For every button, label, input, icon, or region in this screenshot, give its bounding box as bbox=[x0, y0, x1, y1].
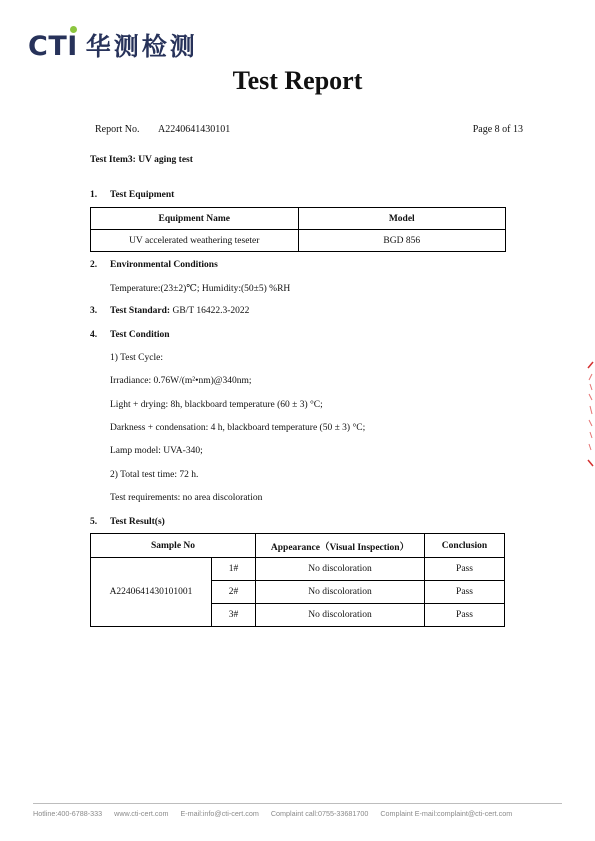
seal-stamp-icon bbox=[585, 360, 595, 470]
specimen-id-cell: 2# bbox=[212, 581, 256, 604]
conclusion-header: Conclusion bbox=[425, 534, 505, 558]
test-item-title: Test Item3: UV aging test bbox=[90, 155, 193, 165]
equipment-table: Equipment Name Model UV accelerated weat… bbox=[90, 207, 506, 252]
section-standard-heading: 3.Test Standard: GB/T 16422.3-2022 bbox=[90, 306, 249, 316]
specimen-id-cell: 1# bbox=[212, 558, 256, 581]
specimen-id-cell: 3# bbox=[212, 604, 256, 627]
section-equipment-heading: 1.Test Equipment bbox=[90, 190, 174, 200]
report-number: A2240641430101 bbox=[158, 124, 230, 135]
condition-line: Lamp model: UVA-340; bbox=[110, 446, 203, 456]
condition-line: Irradiance: 0.76W/(m²•nm)@340nm; bbox=[110, 376, 252, 386]
results-table: Sample No Appearance（Visual Inspection） … bbox=[90, 533, 505, 627]
footer-website[interactable]: www.cti-cert.com bbox=[114, 809, 168, 818]
section-results-heading: 5.Test Result(s) bbox=[90, 517, 165, 527]
footer-complaint-email[interactable]: Complaint E-mail:complaint@cti-cert.com bbox=[380, 809, 512, 818]
footer-complaint-call: Complaint call:0755-33681700 bbox=[271, 809, 369, 818]
sample-number-cell: A2240641430101001 bbox=[91, 558, 212, 627]
report-number-label: Report No. bbox=[95, 124, 158, 135]
conclusion-cell: Pass bbox=[425, 558, 505, 581]
appearance-cell: No discoloration bbox=[256, 581, 425, 604]
condition-line: 2) Total test time: 72 h. bbox=[110, 470, 198, 480]
logo-brand: CTI bbox=[28, 32, 78, 62]
appearance-cell: No discoloration bbox=[256, 558, 425, 581]
condition-line: Darkness + condensation: 4 h, blackboard… bbox=[110, 423, 365, 433]
footer-divider bbox=[33, 803, 562, 804]
environment-conditions-text: Temperature:(23±2)℃; Humidity:(50±5) %RH bbox=[110, 283, 290, 294]
model-cell: BGD 856 bbox=[298, 230, 506, 252]
logo-chinese-name: 华测检测 bbox=[86, 32, 198, 62]
report-header: Report No. A2240641430101 Page 8 of 13 bbox=[95, 124, 523, 135]
table-row: A2240641430101001 1# No discoloration Pa… bbox=[91, 558, 505, 581]
condition-line: 1) Test Cycle: bbox=[110, 353, 163, 363]
condition-line: Light + drying: 8h, blackboard temperatu… bbox=[110, 400, 323, 410]
logo-dot-icon bbox=[70, 26, 77, 33]
company-logo: CTI 华测检测 bbox=[28, 26, 198, 62]
section-condition-heading: 4.Test Condition bbox=[90, 330, 170, 340]
equipment-name-header: Equipment Name bbox=[91, 208, 299, 230]
table-row: UV accelerated weathering teseter BGD 85… bbox=[91, 230, 506, 252]
section-environment-heading: 2.Environmental Conditions bbox=[90, 260, 218, 270]
appearance-cell: No discoloration bbox=[256, 604, 425, 627]
footer: Hotline:400-6788-333 www.cti-cert.com E-… bbox=[33, 809, 565, 818]
page-number: Page 8 of 13 bbox=[473, 124, 523, 135]
conclusion-cell: Pass bbox=[425, 581, 505, 604]
document-title: Test Report bbox=[0, 66, 595, 96]
footer-hotline: Hotline:400-6788-333 bbox=[33, 809, 102, 818]
equipment-name-cell: UV accelerated weathering teseter bbox=[91, 230, 299, 252]
conclusion-cell: Pass bbox=[425, 604, 505, 627]
condition-line: Test requirements: no area discoloration bbox=[110, 493, 262, 503]
appearance-header: Appearance（Visual Inspection） bbox=[256, 534, 425, 558]
footer-email[interactable]: E-mail:info@cti-cert.com bbox=[180, 809, 258, 818]
model-header: Model bbox=[298, 208, 506, 230]
sample-no-header: Sample No bbox=[91, 534, 256, 558]
test-standard-value: GB/T 16422.3-2022 bbox=[172, 306, 249, 316]
